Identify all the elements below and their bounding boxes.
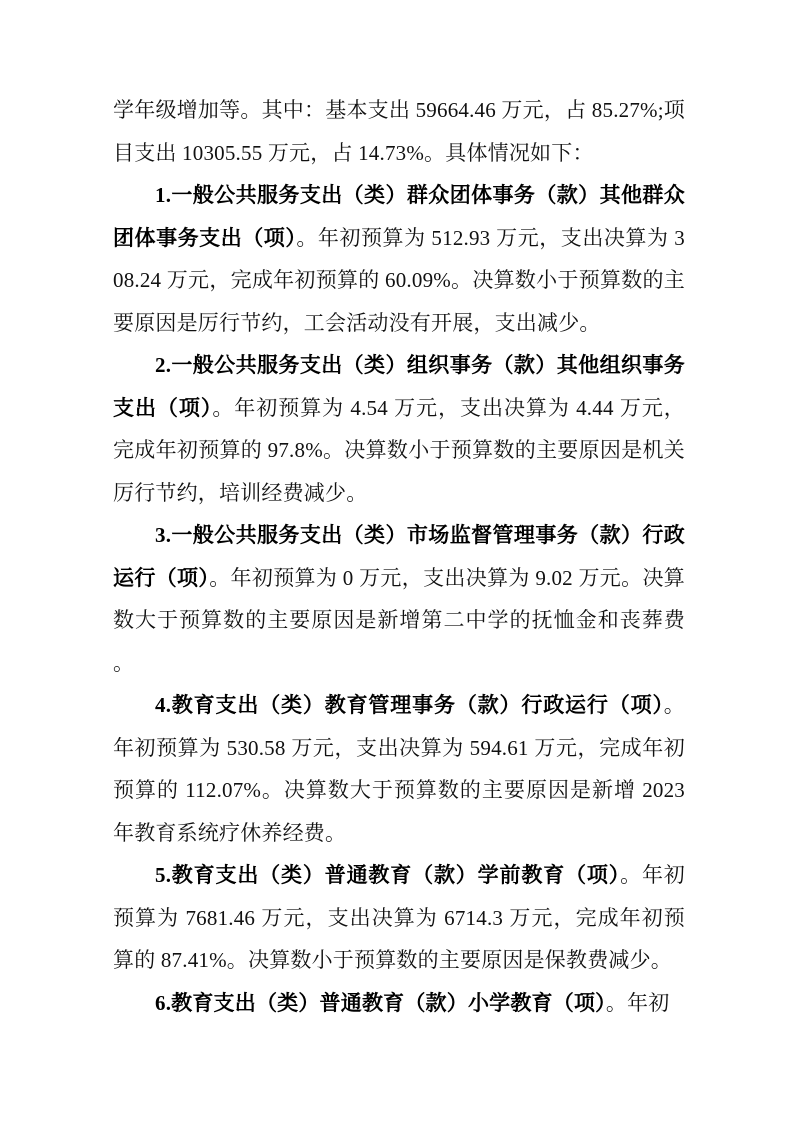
document-text-block: 学年级增加等。其中：基本支出 59664.46 万元，占 85.27%;项目支出… [113, 89, 685, 1024]
intro-text: 学年级增加等。其中：基本支出 59664.46 万元，占 85.27%;项目支出… [113, 98, 685, 165]
document-page: 学年级增加等。其中：基本支出 59664.46 万元，占 85.27%;项目支出… [0, 0, 793, 1122]
budget-item-paragraph: 6.教育支出（类）普通教育（款）小学教育（项）。年初 [113, 982, 685, 1025]
budget-item-paragraph: 1.一般公共服务支出（类）群众团体事务（款）其他群众团体事务支出（项）。年初预算… [113, 174, 685, 344]
intro-paragraph: 学年级增加等。其中：基本支出 59664.46 万元，占 85.27%;项目支出… [113, 89, 685, 174]
item-6-body: 。年初 [606, 991, 670, 1015]
item-6-heading: 6.教育支出（类）普通教育（款）小学教育（项） [155, 991, 606, 1015]
item-5-heading: 5.教育支出（类）普通教育（款）学前教育（项） [155, 863, 620, 887]
budget-item-paragraph: 2.一般公共服务支出（类）组织事务（款）其他组织事务支出（项）。年初预算为 4.… [113, 344, 685, 514]
budget-item-paragraph: 5.教育支出（类）普通教育（款）学前教育（项）。年初预算为 7681.46 万元… [113, 854, 685, 982]
item-4-heading: 4.教育支出（类）教育管理事务（款）行政运行（项） [155, 693, 664, 717]
budget-item-paragraph: 4.教育支出（类）教育管理事务（款）行政运行（项）。年初预算为 530.58 万… [113, 684, 685, 854]
budget-item-paragraph: 3.一般公共服务支出（类）市场监督管理事务（款）行政运行（项）。年初预算为 0 … [113, 514, 685, 684]
